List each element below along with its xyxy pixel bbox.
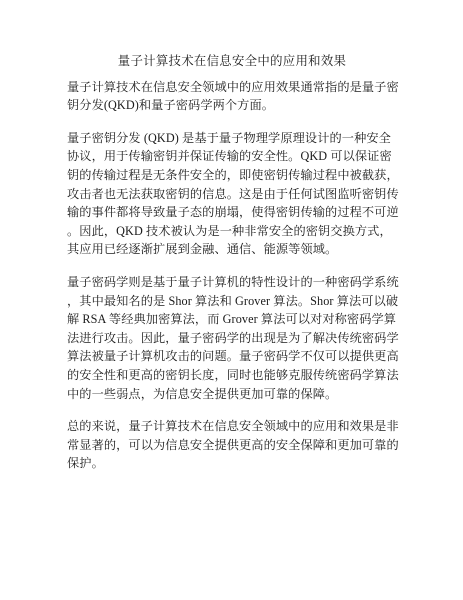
text-line: 协议，用于传输密钥并保证传输的安全性。QKD 可以保证密 [67,147,397,166]
text-line: 解 RSA 等经典加密算法，而 Grover 算法可以对对称密码学算 [67,310,397,329]
document-title: 量子计算技术在信息安全中的应用和效果 [67,52,397,71]
paragraph-qkd: 量子密钥分发 (QKD) 是基于量子物理学原理设计的一种安全 协议，用于传输密钥… [67,129,397,259]
document-page: 量子计算技术在信息安全中的应用和效果 量子计算技术在信息安全领域中的应用效果通常… [0,0,463,600]
text-line: 算法被量子计算机攻击的问题。量子密码学不仅可以提供更高 [67,347,397,366]
text-line: 其应用已经逐渐扩展到金融、通信、能源等领域。 [67,240,397,259]
text-line: 量子密钥分发 (QKD) 是基于量子物理学原理设计的一种安全 [67,129,397,148]
paragraph-quantum-cryptography: 量子密码学则是基于量子计算机的特性设计的一种密码学系统 ，其中最知名的是 Sho… [67,273,397,403]
text-line: 钥分发(QKD)和量子密码学两个方面。 [67,96,397,115]
text-line: 量子密码学则是基于量子计算机的特性设计的一种密码学系统 [67,273,397,292]
text-line: 量子计算技术在信息安全领域中的应用效果通常指的是量子密 [67,78,397,97]
text-line: ，其中最知名的是 Shor 算法和 Grover 算法。Shor 算法可以破 [67,292,397,311]
text-line: 中的一些弱点，为信息安全提供更加可靠的保障。 [67,385,397,404]
text-line: 保护。 [67,454,397,473]
text-line: 输的事件都将导致量子态的崩塌，使得密钥传输的过程不可逆 [67,203,397,222]
text-line: 钥的传输过程是无条件安全的，即使密钥传输过程中被截获， [67,166,397,185]
text-line: 总的来说，量子计算技术在信息安全领域中的应用和效果是非 [67,417,397,436]
text-line: 。因此，QKD 技术被认为是一种非常安全的密钥交换方式， [67,222,397,241]
text-line: 常显著的，可以为信息安全提供更高的安全保障和更加可靠的 [67,436,397,455]
paragraph-intro: 量子计算技术在信息安全领域中的应用效果通常指的是量子密 钥分发(QKD)和量子密… [67,78,397,115]
text-line: 的安全性和更高的密钥长度，同时也能够克服传统密码学算法 [67,366,397,385]
paragraph-conclusion: 总的来说，量子计算技术在信息安全领域中的应用和效果是非 常显著的，可以为信息安全… [67,417,397,473]
text-line: 攻击者也无法获取密钥的信息。这是由于任何试图监听密钥传 [67,185,397,204]
text-line: 法进行攻击。因此，量子密码学的出现是为了解决传统密码学 [67,329,397,348]
